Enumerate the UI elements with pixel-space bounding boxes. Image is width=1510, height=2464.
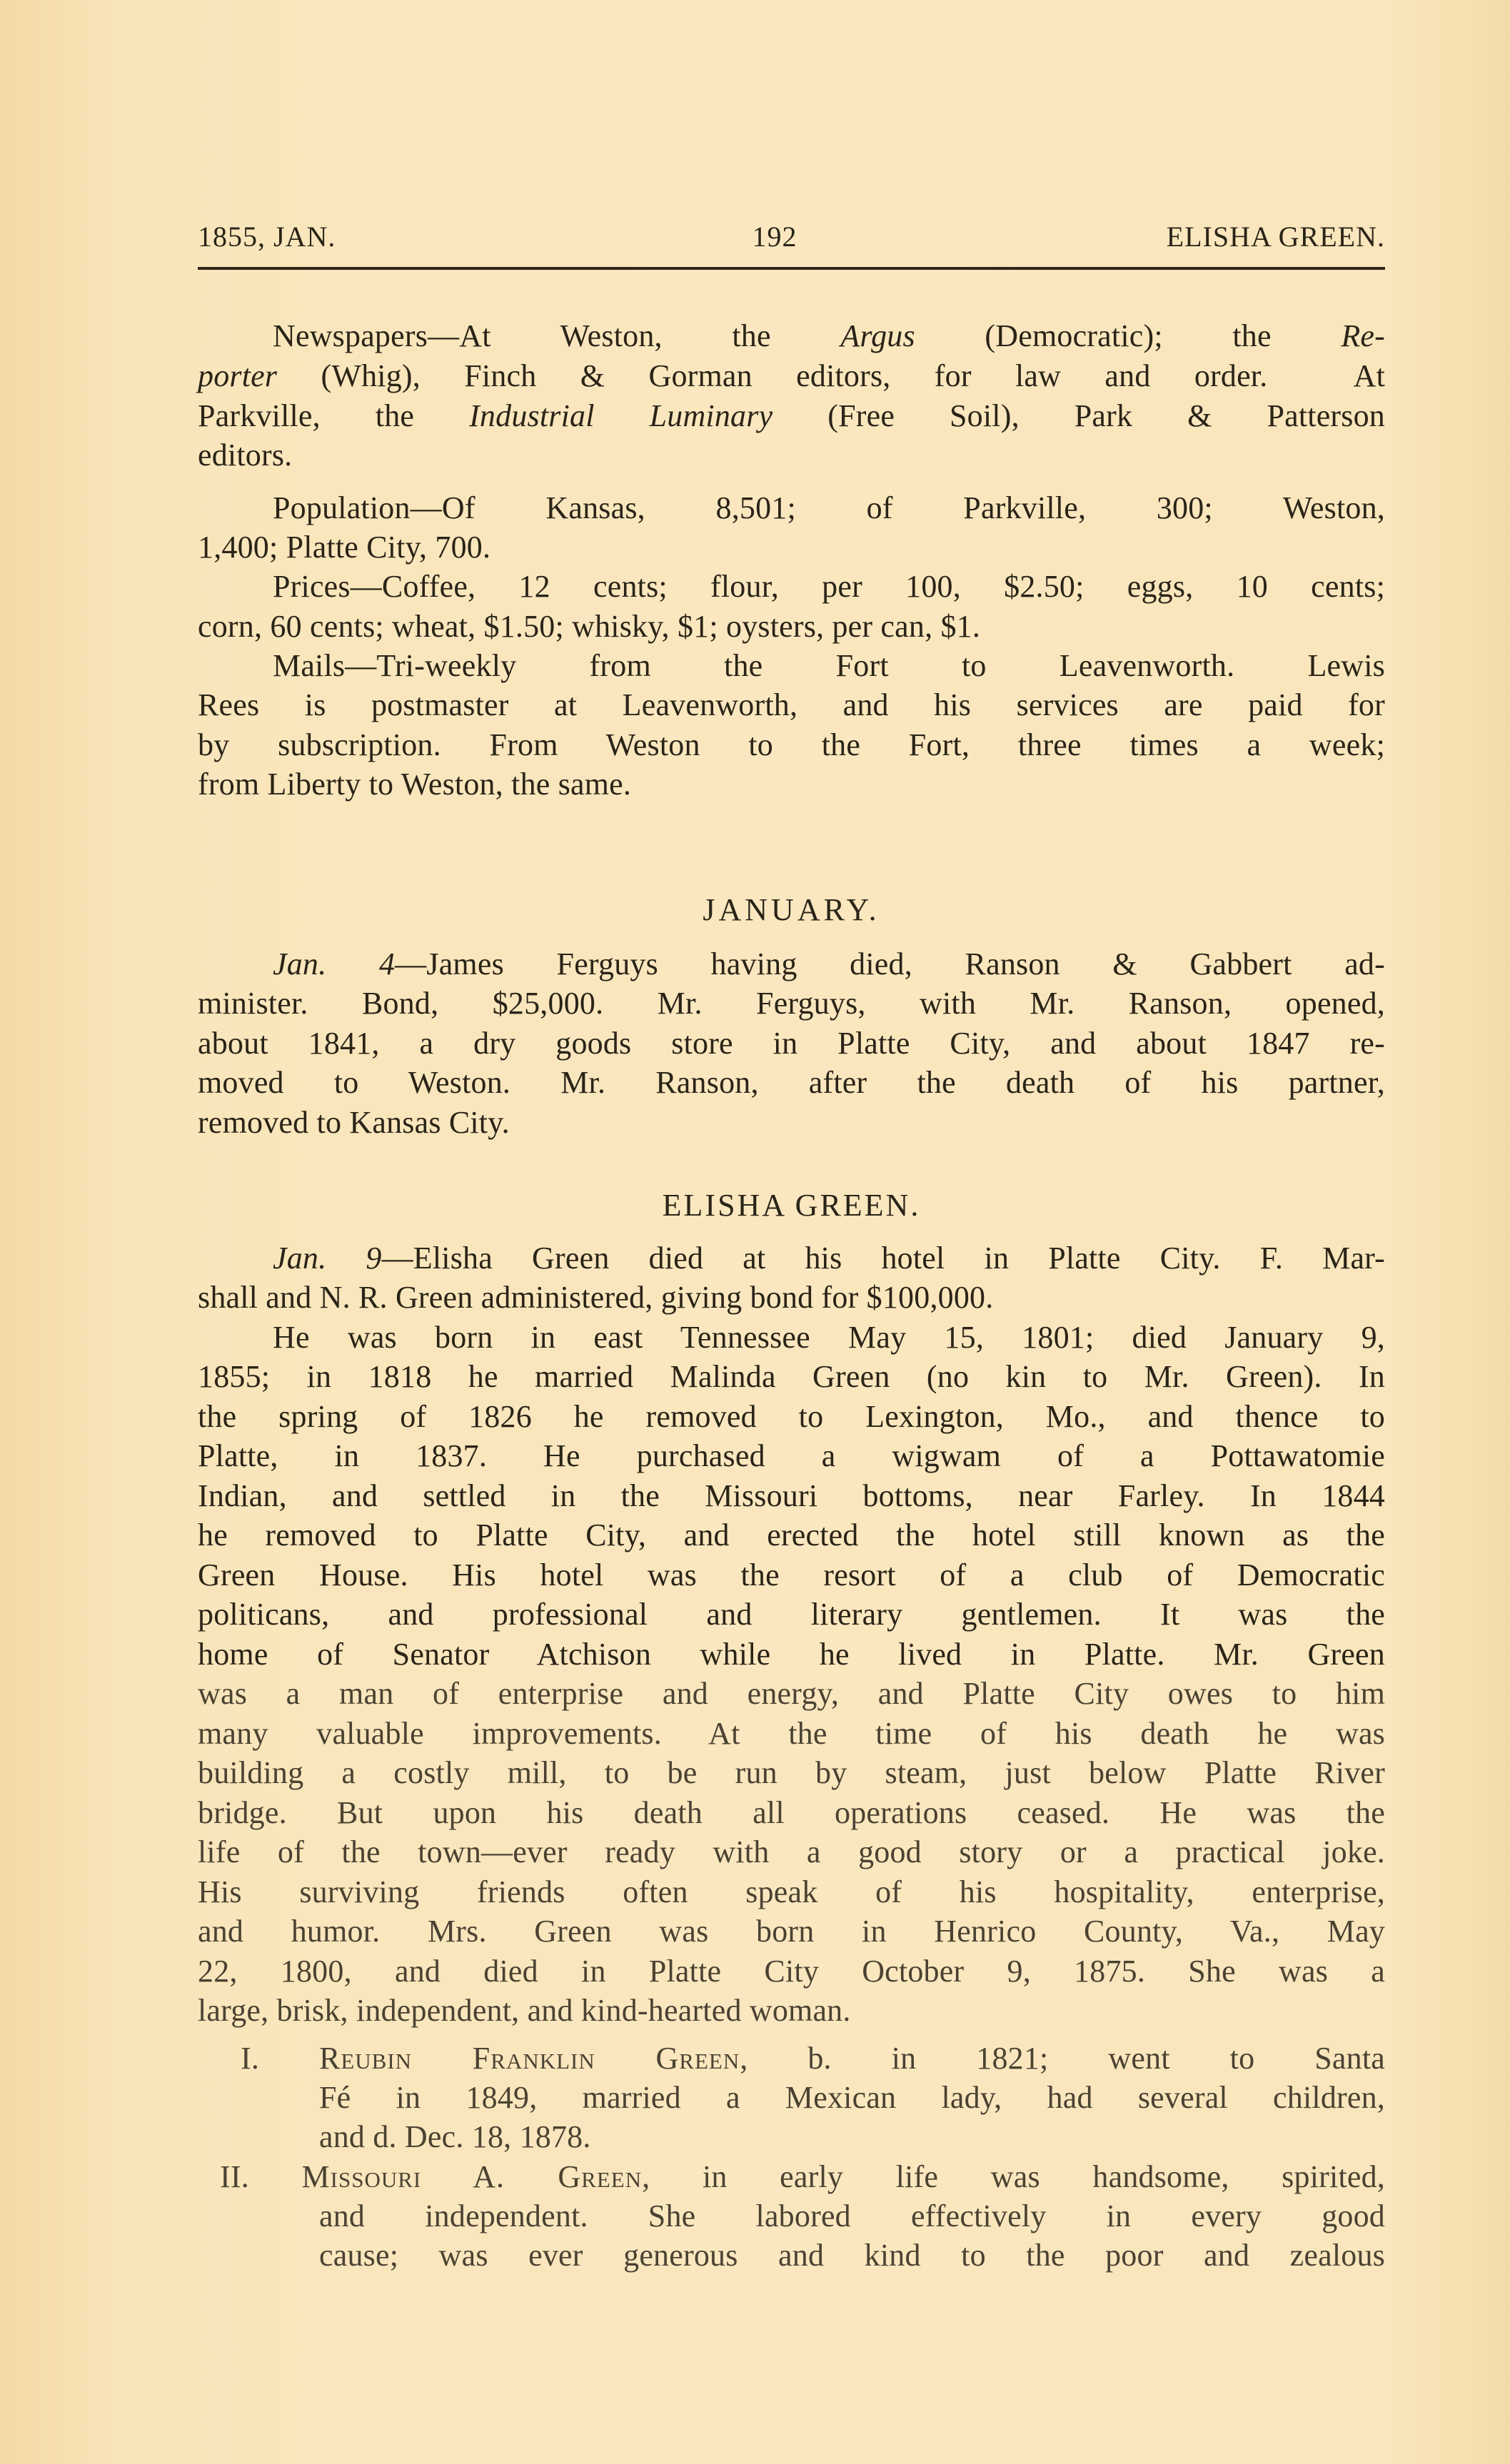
child-1-line-1: I. Reubin Franklin Green, b. in 1821; we… (241, 2043, 1385, 2074)
entry-date-jan9: Jan. 9 (273, 1241, 382, 1276)
entry-jan4-line-4: moved to Weston. Mr. Ranson, after the d… (198, 1067, 1385, 1099)
entry-jan4-line-2: minister. Bond, $25,000. Mr. Ferguys, wi… (198, 988, 1385, 1019)
running-header-title: ELISHA GREEN. (1167, 223, 1385, 251)
paragraph-prices-line-1: Prices—Coffee, 12 cents; flour, per 100,… (273, 571, 1385, 602)
entry-jan4-line-5: removed to Kansas City. (198, 1107, 1385, 1138)
paragraph-newspapers-line-4: editors. (198, 440, 1385, 471)
child-1-text-1: , b. in 1821; went to Santa (740, 2041, 1385, 2076)
paragraph-mails-line-4: from Liberty to Weston, the same. (198, 769, 1385, 800)
paragraph-mails-line-1: Mails—Tri-weekly from the Fort to Leaven… (273, 650, 1385, 682)
child-2-numeral: II. (220, 2159, 249, 2194)
biography-line-13: bridge. But upon his death all operation… (198, 1797, 1385, 1829)
running-header-date: 1855, JAN. (198, 223, 336, 251)
biography-line-9: home of Senator Atchison while he lived … (198, 1639, 1385, 1670)
paragraph-mails-line-2: Rees is postmaster at Leavenworth, and h… (198, 690, 1385, 721)
biography-line-11: many valuable improvements. At the time … (198, 1718, 1385, 1749)
biography-line-12: building a costly mill, to be run by ste… (198, 1757, 1385, 1789)
paragraph-population-line-2: 1,400; Platte City, 700. (198, 532, 1385, 563)
biography-line-5: Indian, and settled in the Missouri bott… (198, 1480, 1385, 1512)
paragraph-newspapers-line-1: Newspapers—At Weston, the Argus (Democra… (273, 320, 1385, 352)
biography-line-7: Green House. His hotel was the resort of… (198, 1560, 1385, 1591)
biography-line-6: he removed to Platte City, and erected t… (198, 1520, 1385, 1551)
paragraph-population-line-1: Population—Of Kansas, 8,501; of Parkvill… (273, 493, 1385, 524)
entry-date-jan4: Jan. 4 (273, 946, 395, 981)
entry-jan4-line-3: about 1841, a dry goods store in Platte … (198, 1028, 1385, 1059)
child-2-text-1: , in early life was handsome, spirited, (642, 2159, 1385, 2194)
entry-jan9-line-2: shall and N. R. Green administered, givi… (198, 1282, 1385, 1313)
paragraph-newspapers-line-2: porter (Whig), Finch & Gorman editors, f… (198, 360, 1385, 392)
biography-line-2: 1855; in 1818 he married Malinda Green (… (198, 1361, 1385, 1393)
newspaper-title-reporter-part1: Re- (1341, 318, 1385, 353)
child-1-line-2: Fé in 1849, married a Mexican lady, had … (319, 2082, 1385, 2114)
page-number: 192 (735, 223, 814, 251)
entry-jan4-text-1: —James Ferguys having died, Ranson & Gab… (395, 946, 1385, 981)
section-heading-elisha-green: ELISHA GREEN. (198, 1190, 1385, 1221)
biography-line-8: politicans, and professional and literar… (198, 1599, 1385, 1630)
child-1-line-3: and d. Dec. 18, 1878. (319, 2121, 1385, 2153)
biography-line-15: His surviving friends often speak of his… (198, 1877, 1385, 1908)
biography-line-1: He was born in east Tennessee May 15, 18… (273, 1322, 1385, 1353)
biography-line-3: the spring of 1826 he removed to Lexingt… (198, 1401, 1385, 1433)
biography-line-17: 22, 1800, and died in Platte City Octobe… (198, 1956, 1385, 1987)
biography-line-18: large, brisk, independent, and kind-hear… (198, 1995, 1385, 2026)
newspaper-title-industrial-luminary: Industrial Luminary (469, 398, 772, 433)
paragraph-prices-line-2: corn, 60 cents; wheat, $1.50; whisky, $1… (198, 611, 1385, 642)
child-2-name: Missouri A. Green (302, 2159, 643, 2194)
paragraph-mails-line-3: by subscription. From Weston to the Fort… (198, 729, 1385, 761)
section-heading-january: JANUARY. (198, 894, 1385, 926)
entry-jan9-text-1: —Elisha Green died at his hotel in Platt… (382, 1241, 1385, 1276)
biography-line-4: Platte, in 1837. He purchased a wigwam o… (198, 1440, 1385, 1472)
biography-line-16: and humor. Mrs. Green was born in Henric… (198, 1916, 1385, 1947)
header-rule (198, 267, 1385, 270)
child-1-name: Reubin Franklin Green (319, 2041, 740, 2076)
child-2-line-1: II. Missouri A. Green, in early life was… (220, 2161, 1385, 2193)
child-2-line-2: and independent. She labored effectively… (319, 2201, 1385, 2232)
child-1-numeral: I. (241, 2041, 259, 2076)
paragraph-newspapers-line-3: Parkville, the Industrial Luminary (Free… (198, 400, 1385, 432)
newspaper-title-reporter-part2: porter (198, 358, 277, 393)
biography-line-14: life of the town—ever ready with a good … (198, 1837, 1385, 1868)
child-2-line-3: cause; was ever generous and kind to the… (319, 2240, 1385, 2271)
entry-jan4-line-1: Jan. 4—James Ferguys having died, Ranson… (273, 949, 1385, 980)
entry-jan9-line-1: Jan. 9—Elisha Green died at his hotel in… (273, 1243, 1385, 1274)
newspaper-title-argus: Argus (840, 318, 915, 353)
biography-line-10: was a man of enterprise and energy, and … (198, 1678, 1385, 1710)
